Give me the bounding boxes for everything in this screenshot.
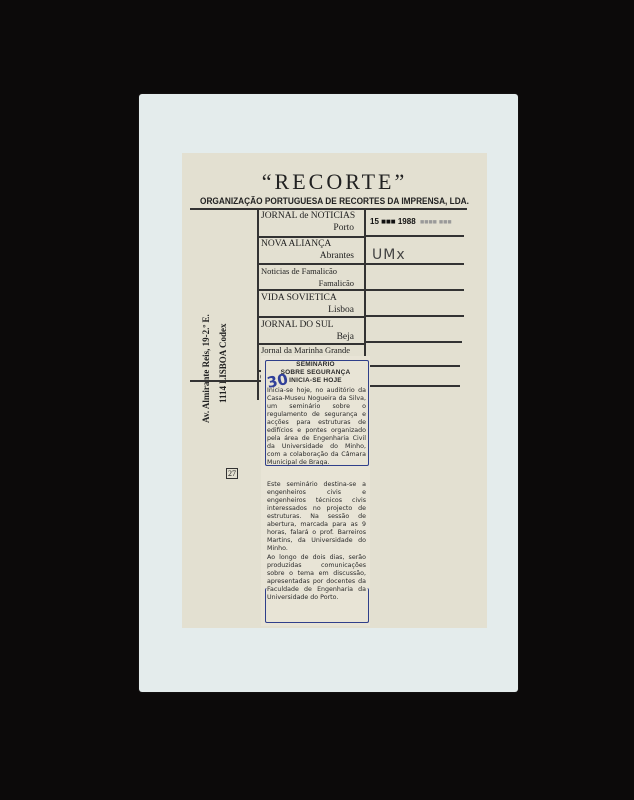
clipping-outline-bottom [265,588,369,623]
newspaper-row: JORNAL de NOTICIAS Porto [258,210,358,236]
box-number: 27 [226,468,238,479]
date-stamp-faint: ■■■■ ■■■ [420,219,452,226]
newspaper-row: NOVA ALIANÇA Abrantes [258,238,358,264]
newspaper-clipping: 30 SEMINÁRIO SOBRE SEGURANÇA INICIA-SE H… [261,356,370,626]
address-block: Av. Almirante Reis, 19-2.º E. 1114 LISBO… [196,253,246,443]
newspaper-row: VIDA SOVIETICA Lisboa [258,292,358,318]
newspaper-row: JORNAL DO SUL Beja [258,319,358,345]
newspaper-row: Noticias de Famalicão Famalicão [258,265,358,291]
address-line2: 1114 LISBOA Codex [218,323,228,403]
column-divider-right [364,208,366,373]
clipping-paragraph-2: Este seminário destina-se a engenheiros … [267,481,366,553]
slip-title: “RECORTE” [182,169,487,195]
date-stamp: 15 ■■■ 1988 [370,217,416,226]
handwritten-note: UMx [372,247,406,263]
slip-subtitle: ORGANIZAÇÃO PORTUGUESA DE RECORTES DA IM… [194,196,475,206]
address-line1: Av. Almirante Reis, 19-2.º E. [201,314,211,423]
